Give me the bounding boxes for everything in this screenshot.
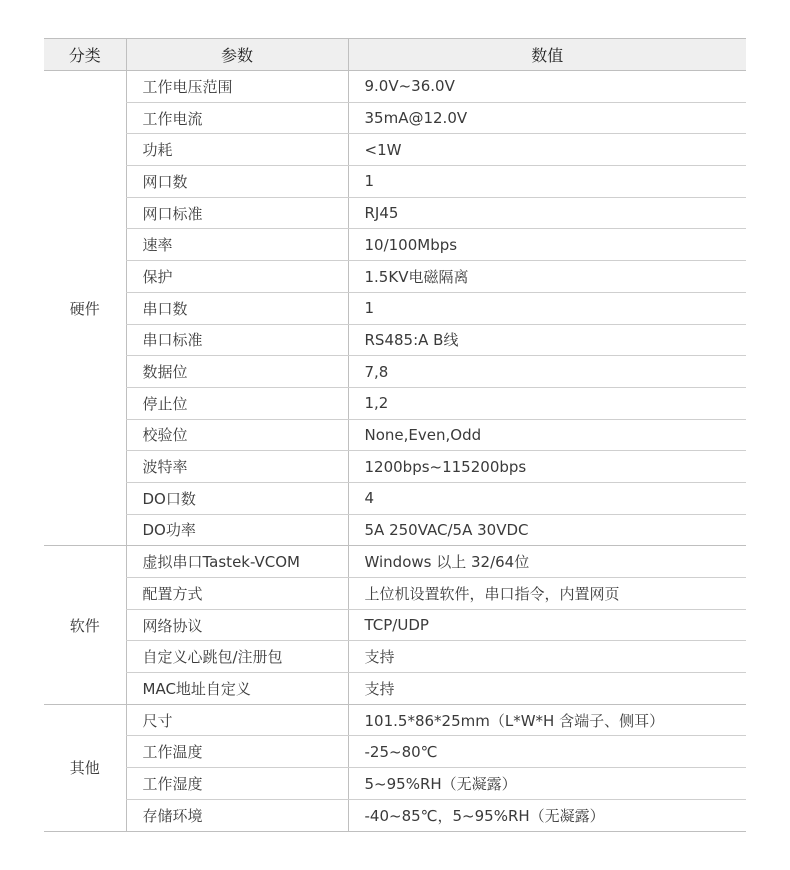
value-cell: -25~80℃ — [348, 736, 746, 768]
param-cell: 网口标准 — [126, 197, 348, 229]
table-row: 校验位 None,Even,Odd — [44, 419, 746, 451]
param-cell: 存储环境 — [126, 799, 348, 831]
table-row: 保护 1.5KV电磁隔离 — [44, 261, 746, 293]
table-row: 功耗 <1W — [44, 134, 746, 166]
param-cell: 串口标准 — [126, 324, 348, 356]
header-parameter: 参数 — [126, 39, 348, 71]
param-cell: 保护 — [126, 261, 348, 293]
spec-table: 分类 参数 数值 硬件 工作电压范围 9.0V~36.0V 工作电流 35mA@… — [44, 38, 746, 832]
param-cell: 工作电流 — [126, 102, 348, 134]
table-row: 工作电流 35mA@12.0V — [44, 102, 746, 134]
table-row: 存储环境 -40~85℃，5~95%RH（无凝露） — [44, 799, 746, 831]
value-cell: 9.0V~36.0V — [348, 71, 746, 103]
param-cell: 工作温度 — [126, 736, 348, 768]
param-cell: DO功率 — [126, 514, 348, 546]
param-cell: 网络协议 — [126, 609, 348, 641]
param-cell: 数据位 — [126, 356, 348, 388]
param-cell: 尺寸 — [126, 704, 348, 736]
value-cell: 1 — [348, 292, 746, 324]
table-row: 其他 尺寸 101.5*86*25mm（L*W*H 含端子、侧耳） — [44, 704, 746, 736]
param-cell: 虚拟串口Tastek-VCOM — [126, 546, 348, 578]
param-cell: 工作湿度 — [126, 768, 348, 800]
table-row: 软件 虚拟串口Tastek-VCOM Windows 以上 32/64位 — [44, 546, 746, 578]
value-cell: 4 — [348, 482, 746, 514]
header-value: 数值 — [348, 39, 746, 71]
table-row: 网口标准 RJ45 — [44, 197, 746, 229]
table-row: 工作湿度 5~95%RH（无凝露） — [44, 768, 746, 800]
value-cell: 支持 — [348, 673, 746, 705]
value-cell: <1W — [348, 134, 746, 166]
category-other: 其他 — [44, 704, 126, 831]
param-cell: 配置方式 — [126, 578, 348, 610]
value-cell: 101.5*86*25mm（L*W*H 含端子、侧耳） — [348, 704, 746, 736]
value-cell: 10/100Mbps — [348, 229, 746, 261]
param-cell: 校验位 — [126, 419, 348, 451]
value-cell: 7,8 — [348, 356, 746, 388]
table-row: 串口标准 RS485:A B线 — [44, 324, 746, 356]
param-cell: 工作电压范围 — [126, 71, 348, 103]
table-row: 配置方式 上位机设置软件，串口指令，内置网页 — [44, 578, 746, 610]
table-row: 停止位 1,2 — [44, 387, 746, 419]
param-cell: 网口数 — [126, 166, 348, 198]
table-row: 串口数 1 — [44, 292, 746, 324]
header-category: 分类 — [44, 39, 126, 71]
category-software: 软件 — [44, 546, 126, 704]
param-cell: DO口数 — [126, 482, 348, 514]
table-row: 网口数 1 — [44, 166, 746, 198]
param-cell: 功耗 — [126, 134, 348, 166]
value-cell: 35mA@12.0V — [348, 102, 746, 134]
value-cell: 1,2 — [348, 387, 746, 419]
value-cell: -40~85℃，5~95%RH（无凝露） — [348, 799, 746, 831]
param-cell: MAC地址自定义 — [126, 673, 348, 705]
table-row: 硬件 工作电压范围 9.0V~36.0V — [44, 71, 746, 103]
table-row: 网络协议 TCP/UDP — [44, 609, 746, 641]
value-cell: RJ45 — [348, 197, 746, 229]
category-hardware: 硬件 — [44, 71, 126, 546]
value-cell: TCP/UDP — [348, 609, 746, 641]
value-cell: RS485:A B线 — [348, 324, 746, 356]
param-cell: 自定义心跳包/注册包 — [126, 641, 348, 673]
param-cell: 波特率 — [126, 451, 348, 483]
value-cell: 上位机设置软件，串口指令，内置网页 — [348, 578, 746, 610]
value-cell: 支持 — [348, 641, 746, 673]
table-row: 数据位 7,8 — [44, 356, 746, 388]
table-row: 工作温度 -25~80℃ — [44, 736, 746, 768]
value-cell: Windows 以上 32/64位 — [348, 546, 746, 578]
value-cell: 1.5KV电磁隔离 — [348, 261, 746, 293]
param-cell: 速率 — [126, 229, 348, 261]
table-body: 硬件 工作电压范围 9.0V~36.0V 工作电流 35mA@12.0V 功耗 … — [44, 71, 746, 832]
param-cell: 停止位 — [126, 387, 348, 419]
param-cell: 串口数 — [126, 292, 348, 324]
table-row: 波特率 1200bps~115200bps — [44, 451, 746, 483]
value-cell: 1200bps~115200bps — [348, 451, 746, 483]
table-row: DO口数 4 — [44, 482, 746, 514]
table-row: DO功率 5A 250VAC/5A 30VDC — [44, 514, 746, 546]
header-row: 分类 参数 数值 — [44, 39, 746, 71]
table-row: 速率 10/100Mbps — [44, 229, 746, 261]
table-row: 自定义心跳包/注册包 支持 — [44, 641, 746, 673]
value-cell: 5~95%RH（无凝露） — [348, 768, 746, 800]
value-cell: None,Even,Odd — [348, 419, 746, 451]
table-header: 分类 参数 数值 — [44, 39, 746, 71]
value-cell: 5A 250VAC/5A 30VDC — [348, 514, 746, 546]
value-cell: 1 — [348, 166, 746, 198]
table-row: MAC地址自定义 支持 — [44, 673, 746, 705]
